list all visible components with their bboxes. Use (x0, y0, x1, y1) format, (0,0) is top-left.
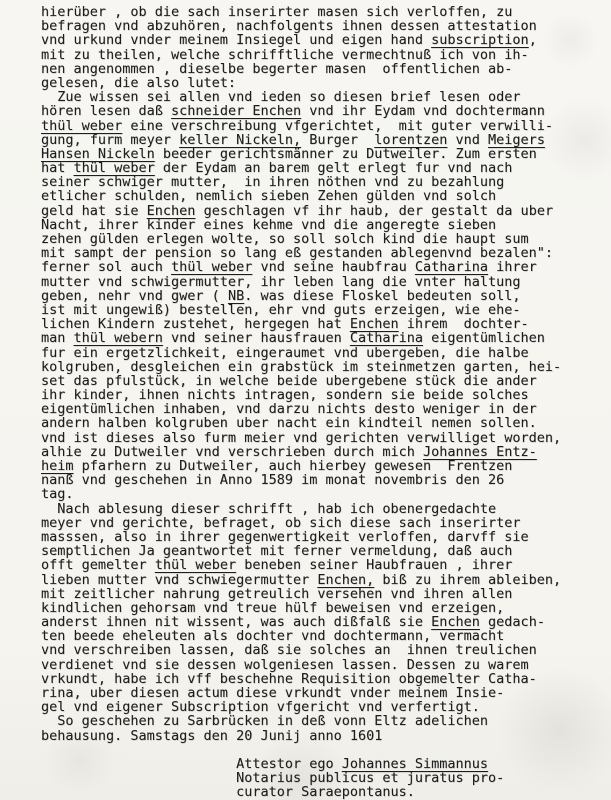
text-line: So geschehen zu Sarbrücken in deß vonn E… (41, 714, 601, 728)
text-line: curator Saraepontanus. (41, 785, 601, 799)
text-line: Nach ablesung dieser schrifft , hab ich … (41, 502, 601, 516)
text-line: Nacht, ihrer kinder eines kehme vnd die … (41, 218, 601, 232)
text-line: etlicher schulden, nemlich sieben Zehen … (41, 189, 601, 203)
text-line: rina, uber diesen actum diese vrkundt vn… (41, 686, 601, 700)
text-line: kindlichen gehorsam vnd treue hülf bewei… (41, 601, 601, 615)
text-line (41, 743, 601, 757)
text-segment: curator Saraepontanus. (41, 784, 415, 800)
text-line: ist mit ungewiß) bestellen, ehr vnd guts… (41, 303, 601, 317)
text-line: anderst ihnen nit wissent, was auch dißf… (41, 615, 601, 629)
text-line: vrkundt, habe ich vff beschehne Requisit… (41, 672, 601, 686)
text-line: mit zeitlicher nahrung getreulich verseh… (41, 587, 601, 601)
text-line: mutter vnd schwigermutter, ihr leben lan… (41, 275, 601, 289)
text-line: vnd verschreiben lassen, daß sie solches… (41, 643, 601, 657)
text-line: fur ein ergetzlichkeit, eingeraumet vnd … (41, 346, 601, 360)
text-line: ferner sol auch thül weber vnd seine hau… (41, 260, 601, 274)
text-line: meyer vnd gerichte, befraget, ob sich di… (41, 516, 601, 530)
text-line: mit sampt der pension so lang eß gestand… (41, 246, 601, 260)
text-line: andern halben kolgruben uber nacht ein k… (41, 416, 601, 430)
text-line: nen angenommen , dieselbe begerter masen… (41, 62, 601, 76)
text-line: man thül webern vnd seiner hausfrauen Ca… (41, 331, 601, 345)
text-line: ihr kinder, ihnen nichts intragen, sonde… (41, 388, 601, 402)
text-segment: nanß vnd geschehen in Anno 1589 im monat… (41, 472, 504, 488)
scanned-document-page: hierüber , ob die sach inserirter masen … (0, 0, 611, 800)
text-line: hören lesen daß schneider Enchen vnd ihr… (41, 104, 601, 118)
text-segment: behausung. Samstags den 20 Junij anno 16… (41, 728, 382, 744)
text-line: zehen gülden erlegen wolte, so soll solc… (41, 232, 601, 246)
text-line: Hansen Nickeln beeder gerichtsmänner zu … (41, 147, 601, 161)
text-line: vnd ist dieses also furm meier vnd geric… (41, 431, 601, 445)
text-line: befragen vnd abzuhören, nachfolgents ihn… (41, 19, 601, 33)
document-text: hierüber , ob die sach inserirter masen … (41, 5, 601, 800)
text-line: kolgruben, desgleichen ein grabstück im … (41, 360, 601, 374)
text-line: Notarius publicus et juratus pro- (41, 771, 601, 785)
text-line: mit zu theilen, welche schrifftliche ver… (41, 48, 601, 62)
text-line: ten beede eheleuten als dochter vnd doch… (41, 629, 601, 643)
text-line: thül weber eine verschreibung vfgerichte… (41, 119, 601, 133)
text-line: seiner schwiger mutter, in ihren nöthen … (41, 175, 601, 189)
text-line: eigentümlichen inhaben, vnd darzu nichts… (41, 402, 601, 416)
text-line: behausung. Samstags den 20 Junij anno 16… (41, 729, 601, 743)
text-line: lieben mutter vnd schwiegermutter Enchen… (41, 573, 601, 587)
text-line: alhie zu Dutweiler vnd verschrieben durc… (41, 445, 601, 459)
text-line: verdienet vnd sie dessen wolgeniesen las… (41, 658, 601, 672)
text-line: set das pfulstück, in welche beide uberg… (41, 374, 601, 388)
text-line: semptlichen Ja geantwortet mit ferner ve… (41, 544, 601, 558)
text-line: masssen, also in ihrer gegenwertigkeit v… (41, 530, 601, 544)
text-line: hierüber , ob die sach inserirter masen … (41, 5, 601, 19)
text-line: gelesen, die also lutet: (41, 76, 601, 90)
text-segment: , (529, 32, 537, 48)
text-line: geld hat sie Enchen geschlagen vf ihr ha… (41, 204, 601, 218)
text-line: gung, furm meyer keller Nickeln, Burger … (41, 133, 601, 147)
text-line: hat thül weber der Eydam an barem gelt e… (41, 161, 601, 175)
text-line: lichen Kindern zustehet, hergegen hat En… (41, 317, 601, 331)
text-line: nanß vnd geschehen in Anno 1589 im monat… (41, 473, 601, 487)
text-line: Attestor ego Johannes Simmannus (41, 757, 601, 771)
text-line: heim pfarhern zu Dutweiler, auch hierbey… (41, 459, 601, 473)
text-line: gel vnd eigener Subscription vfgericht v… (41, 700, 601, 714)
text-line: offt gemelter thül weber beneben seiner … (41, 558, 601, 572)
text-line: vnd urkund vnder meinem Insiegel und eig… (41, 33, 601, 47)
text-line: geben, nehr vnd gwer ( NB. was diese Flo… (41, 289, 601, 303)
text-line: Zue wissen sei allen vnd ieden so diesen… (41, 90, 601, 104)
text-line: tag. (41, 487, 601, 501)
